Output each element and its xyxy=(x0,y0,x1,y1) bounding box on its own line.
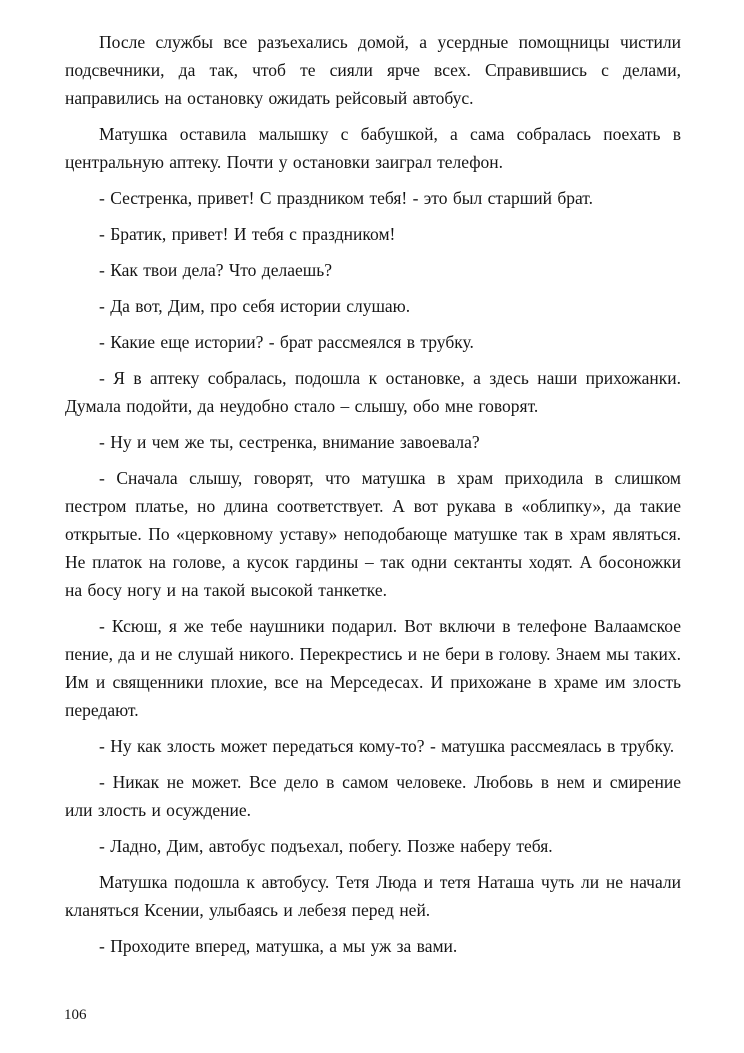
paragraph: - Сестренка, привет! С праздником тебя! … xyxy=(65,184,681,212)
paragraph: После службы все разъехались домой, а ус… xyxy=(65,28,681,112)
paragraph: - Ксюш, я же тебе наушники подарил. Вот … xyxy=(65,612,681,724)
paragraph: - Я в аптеку собралась, подошла к остано… xyxy=(65,364,681,420)
paragraph: - Ну как злость может передаться кому-то… xyxy=(65,732,681,760)
paragraph: - Никак не может. Все дело в самом челов… xyxy=(65,768,681,824)
page-number: 106 xyxy=(64,1006,87,1024)
paragraph: - Сначала слышу, говорят, что матушка в … xyxy=(65,464,681,604)
paragraph: Матушка оставила малышку с бабушкой, а с… xyxy=(65,120,681,176)
paragraph: - Братик, привет! И тебя с праздником! xyxy=(65,220,681,248)
book-page-text-block: После службы все разъехались домой, а ус… xyxy=(65,28,681,968)
paragraph: - Ладно, Дим, автобус подъехал, побегу. … xyxy=(65,832,681,860)
paragraph: - Как твои дела? Что делаешь? xyxy=(65,256,681,284)
paragraph: - Проходите вперед, матушка, а мы уж за … xyxy=(65,932,681,960)
paragraph: - Какие еще истории? - брат рассмеялся в… xyxy=(65,328,681,356)
paragraph: Матушка подошла к автобусу. Тетя Люда и … xyxy=(65,868,681,924)
paragraph: - Да вот, Дим, про себя истории слушаю. xyxy=(65,292,681,320)
paragraph: - Ну и чем же ты, сестренка, внимание за… xyxy=(65,428,681,456)
